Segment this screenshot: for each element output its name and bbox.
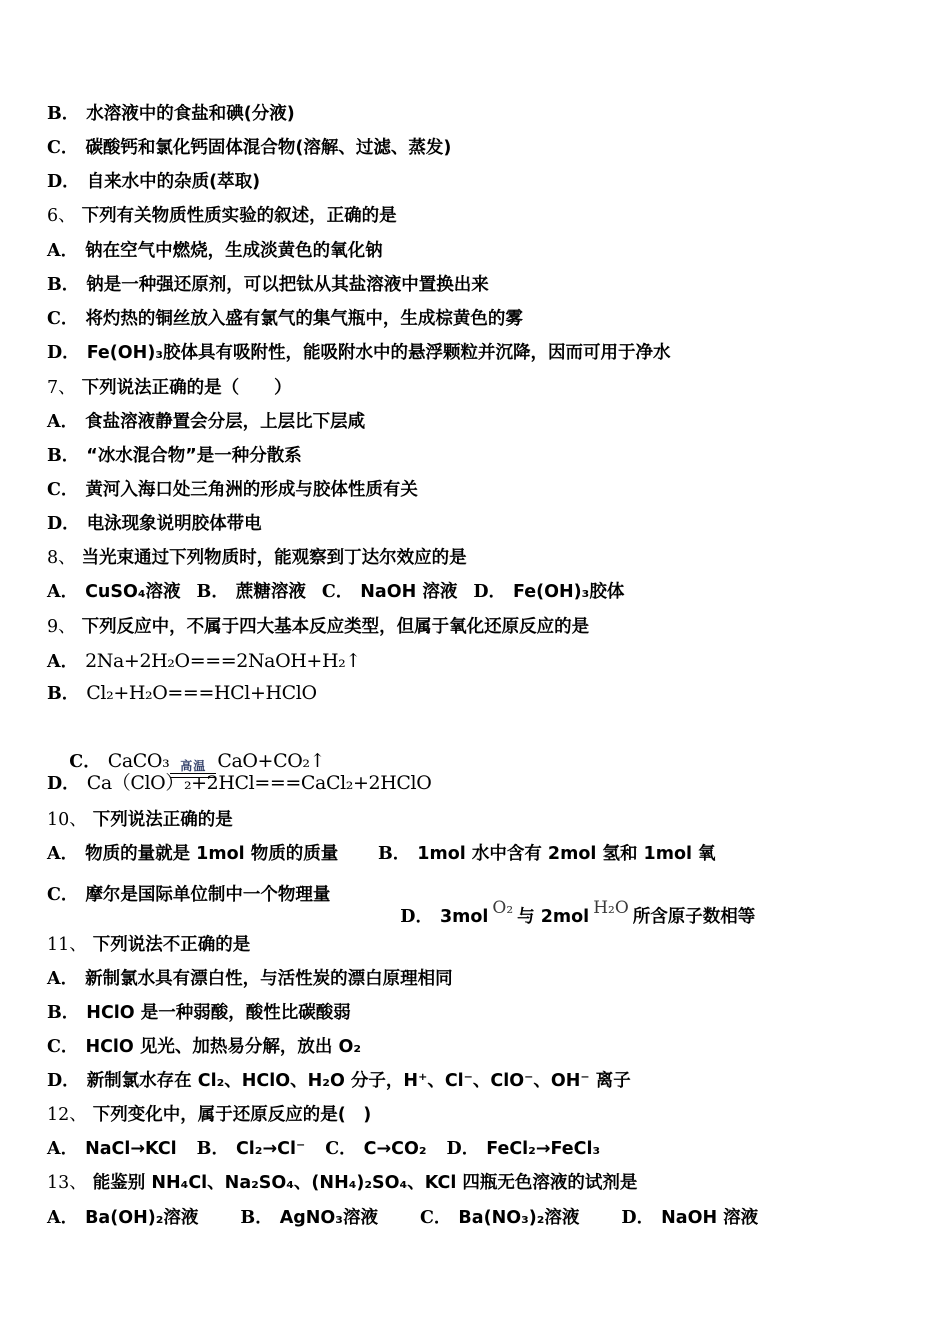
option-row: A．食盐溶液静置会分层，上层比下层咸: [47, 411, 365, 433]
option-label: A．: [47, 582, 78, 602]
question-stem: 下列变化中，属于还原反应的是( ): [93, 1105, 372, 1125]
question-stem: 当光束通过下列物质时，能观察到丁达尔效应的是: [82, 548, 467, 568]
option-label: D．: [47, 774, 80, 794]
option-text: 将灼热的铜丝放入盛有氯气的集气瓶中，生成棕黄色的雾: [85, 309, 523, 329]
option-text: HClO 是一种弱酸，酸性比碳酸弱: [86, 1003, 350, 1023]
option-row: D．Ca（ClO）₂+2HCl===CaCl₂+2HClO: [47, 772, 431, 795]
question-number: 9、: [47, 617, 76, 637]
option-row: A．物质的量就是 1mol 物质的质量: [47, 843, 338, 865]
option-text: 3mol: [440, 907, 488, 927]
question-row: 9、下列反应中，不属于四大基本反应类型，但属于氧化还原反应的是: [47, 616, 589, 638]
question-stem: 下列说法正确的是（ ）: [82, 378, 292, 398]
option-item: A．NaCl→KCl: [47, 1138, 177, 1160]
question-number: 11、: [47, 935, 87, 955]
option-text: 与 2mol: [517, 907, 589, 927]
option-text: 1mol 水中含有 2mol 氢和 1mol 氧: [417, 844, 715, 864]
option-text: Fe(OH)₃胶体: [513, 582, 624, 602]
option-label: B．: [240, 1208, 272, 1228]
option-label: B．: [197, 1139, 229, 1159]
option-label: A．: [47, 1208, 78, 1228]
question-number: 12、: [47, 1105, 87, 1125]
option-text: Ba(NO₃)₂溶液: [458, 1208, 579, 1228]
option-label: C．: [47, 885, 78, 905]
option-text: Ba(OH)₂溶液: [85, 1208, 198, 1228]
option-row: B．1mol 水中含有 2mol 氢和 1mol 氧: [378, 843, 716, 865]
option-item: C．Ba(NO₃)₂溶液: [420, 1207, 579, 1229]
option-text: 物质的量就是 1mol 物质的质量: [85, 844, 338, 864]
option-text: 所含原子数相等: [633, 907, 756, 927]
raised-formula: H₂O: [593, 898, 629, 918]
option-text: “冰水混合物”是一种分散系: [86, 446, 302, 466]
option-text: CuSO₄溶液: [85, 582, 180, 602]
option-label: A．: [47, 412, 78, 432]
question-row: 12、下列变化中，属于还原反应的是( ): [47, 1104, 371, 1126]
question-row: 8、当光束通过下列物质时，能观察到丁达尔效应的是: [47, 547, 467, 569]
option-text: 新制氯水存在 Cl₂、HClO、H₂O 分子，H⁺、Cl⁻、ClO⁻、OH⁻ 离…: [87, 1071, 631, 1091]
option-text: 食盐溶液静置会分层，上层比下层咸: [85, 412, 365, 432]
question-row: 7、下列说法正确的是（ ）: [47, 377, 292, 399]
option-label: A．: [47, 1139, 78, 1159]
option-row: A．2Na+2H₂O===2NaOH+H₂↑: [47, 650, 361, 673]
option-text: NaCl→KCl: [85, 1139, 177, 1159]
option-text: AgNO₃溶液: [280, 1208, 378, 1228]
option-row: D．新制氯水存在 Cl₂、HClO、H₂O 分子，H⁺、Cl⁻、ClO⁻、OH⁻…: [47, 1070, 631, 1092]
option-item: D．Fe(OH)₃胶体: [473, 581, 624, 603]
option-label: B．: [47, 1003, 79, 1023]
option-row: D．Fe(OH)₃胶体具有吸附性，能吸附水中的悬浮颗粒并沉降，因而可用于净水: [47, 342, 670, 364]
option-label: C．: [322, 582, 353, 602]
chemical-equation: Cl₂+H₂O===HCl+HClO: [86, 682, 316, 704]
option-item: A．CuSO₄溶液: [47, 581, 181, 603]
option-label: B．: [47, 104, 79, 124]
question-row: 11、下列说法不正确的是: [47, 934, 250, 956]
option-row: B．水溶液中的食盐和碘(分液): [47, 103, 295, 125]
option-label: B．: [47, 684, 79, 704]
option-label: C．: [47, 309, 78, 329]
question-number: 7、: [47, 378, 76, 398]
option-label: B．: [197, 582, 229, 602]
option-text: 钠是一种强还原剂，可以把钛从其盐溶液中置换出来: [86, 275, 489, 295]
option-label: D．: [47, 343, 80, 363]
option-text: 摩尔是国际单位制中一个物理量: [85, 885, 330, 905]
option-label: B．: [47, 446, 79, 466]
exam-page: B．水溶液中的食盐和碘(分液) C．碳酸钙和氯化钙固体混合物(溶解、过滤、蒸发)…: [0, 0, 950, 1344]
question-stem: 下列说法正确的是: [93, 810, 233, 830]
option-text: NaOH 溶液: [661, 1208, 758, 1228]
option-row-inline: A．NaCl→KCl B．Cl₂→Cl⁻ C．C→CO₂ D．FeCl₂→FeC…: [47, 1138, 600, 1160]
option-row: B．HClO 是一种弱酸，酸性比碳酸弱: [47, 1002, 351, 1024]
option-row: C．将灼热的铜丝放入盛有氯气的集气瓶中，生成棕黄色的雾: [47, 308, 523, 330]
question-row: 6、下列有关物质性质实验的叙述，正确的是: [47, 205, 397, 227]
option-label: C．: [420, 1208, 451, 1228]
option-label: A．: [47, 969, 78, 989]
option-text: 钠在空气中燃烧，生成淡黄色的氧化钠: [85, 241, 383, 261]
option-text: C→CO₂: [364, 1139, 427, 1159]
option-text: 碳酸钙和氯化钙固体混合物(溶解、过滤、蒸发): [85, 138, 451, 158]
option-label: D．: [47, 1071, 80, 1091]
option-row: D．3molO₂与 2molH₂O所含原子数相等: [378, 884, 755, 950]
option-item: D．FeCl₂→FeCl₃: [447, 1138, 601, 1160]
option-item: C．NaOH 溶液: [322, 581, 458, 603]
option-row-inline: A．CuSO₄溶液 B．蔗糖溶液 C．NaOH 溶液 D．Fe(OH)₃胶体: [47, 581, 624, 603]
option-label: D．: [47, 172, 80, 192]
option-row: D．电泳现象说明胶体带电: [47, 513, 262, 535]
option-text: Cl₂→Cl⁻: [236, 1139, 305, 1159]
option-row: C．黄河入海口处三角洲的形成与胶体性质有关: [47, 479, 418, 501]
option-text: 新制氯水具有漂白性，与活性炭的漂白原理相同: [85, 969, 453, 989]
option-item: D．NaOH 溶液: [621, 1207, 758, 1229]
option-label: A．: [47, 652, 78, 672]
question-stem: 下列有关物质性质实验的叙述，正确的是: [82, 206, 397, 226]
option-text: 蔗糖溶液: [236, 582, 306, 602]
question-row: 10、下列说法正确的是: [47, 809, 233, 831]
option-row: A．新制氯水具有漂白性，与活性炭的漂白原理相同: [47, 968, 453, 990]
question-stem: 下列说法不正确的是: [93, 935, 251, 955]
question-number: 6、: [47, 206, 76, 226]
option-label: D．: [447, 1139, 480, 1159]
option-text: FeCl₂→FeCl₃: [486, 1139, 600, 1159]
option-row-inline: A．Ba(OH)₂溶液 B．AgNO₃溶液 C．Ba(NO₃)₂溶液 D．NaO…: [47, 1207, 758, 1229]
option-label: D．: [47, 514, 80, 534]
option-label: B．: [378, 844, 410, 864]
option-text: 自来水中的杂质(萃取): [87, 172, 261, 192]
option-item: B．Cl₂→Cl⁻: [197, 1138, 306, 1160]
option-row: C．HClO 见光、加热易分解，放出 O₂: [47, 1036, 361, 1058]
question-row: 13、能鉴别 NH₄Cl、Na₂SO₄、(NH₄)₂SO₄、KCl 四瓶无色溶液…: [47, 1172, 637, 1194]
option-label: D．: [473, 582, 506, 602]
option-item: C．C→CO₂: [325, 1138, 426, 1160]
option-text: 水溶液中的食盐和碘(分液): [86, 104, 295, 124]
chemical-equation: 2Na+2H₂O===2NaOH+H₂↑: [85, 650, 361, 672]
chemical-equation: CaO+CO₂↑: [217, 750, 325, 772]
option-item: B．蔗糖溶液: [197, 581, 306, 603]
option-item: B．AgNO₃溶液: [240, 1207, 378, 1229]
option-row: C．碳酸钙和氯化钙固体混合物(溶解、过滤、蒸发): [47, 137, 451, 159]
option-text: NaOH 溶液: [360, 582, 457, 602]
option-item: A．Ba(OH)₂溶液: [47, 1207, 198, 1229]
option-row: A．钠在空气中燃烧，生成淡黄色的氧化钠: [47, 240, 383, 262]
chemical-equation: Ca（ClO）₂+2HCl===CaCl₂+2HClO: [87, 772, 432, 794]
option-label: C．: [47, 138, 78, 158]
question-stem: 下列反应中，不属于四大基本反应类型，但属于氧化还原反应的是: [82, 617, 590, 637]
option-row: B．钠是一种强还原剂，可以把钛从其盐溶液中置换出来: [47, 274, 489, 296]
option-label: D．: [621, 1208, 654, 1228]
option-row: B．Cl₂+H₂O===HCl+HClO: [47, 682, 317, 705]
question-number: 8、: [47, 548, 76, 568]
raised-formula: O₂: [492, 898, 513, 918]
question-number: 10、: [47, 810, 87, 830]
option-label: C．: [47, 480, 78, 500]
option-row: B．“冰水混合物”是一种分散系: [47, 445, 302, 467]
option-text: 黄河入海口处三角洲的形成与胶体性质有关: [85, 480, 418, 500]
option-label: A．: [47, 241, 78, 261]
option-label: C．: [47, 1037, 78, 1057]
option-label: B．: [47, 275, 79, 295]
option-text: 电泳现象说明胶体带电: [87, 514, 262, 534]
chemical-equation: CaCO₃: [108, 750, 170, 772]
option-label: A．: [47, 844, 78, 864]
option-text: HClO 见光、加热易分解，放出 O₂: [85, 1037, 361, 1057]
question-number: 13、: [47, 1173, 87, 1193]
option-label: C．: [69, 752, 100, 772]
option-label: C．: [325, 1139, 356, 1159]
option-row: D．自来水中的杂质(萃取): [47, 171, 260, 193]
option-label: D．: [400, 907, 433, 927]
option-row: C．摩尔是国际单位制中一个物理量: [47, 884, 330, 906]
question-stem: 能鉴别 NH₄Cl、Na₂SO₄、(NH₄)₂SO₄、KCl 四瓶无色溶液的试剂…: [93, 1173, 638, 1193]
option-text: Fe(OH)₃胶体具有吸附性，能吸附水中的悬浮颗粒并沉降，因而可用于净水: [87, 343, 671, 363]
